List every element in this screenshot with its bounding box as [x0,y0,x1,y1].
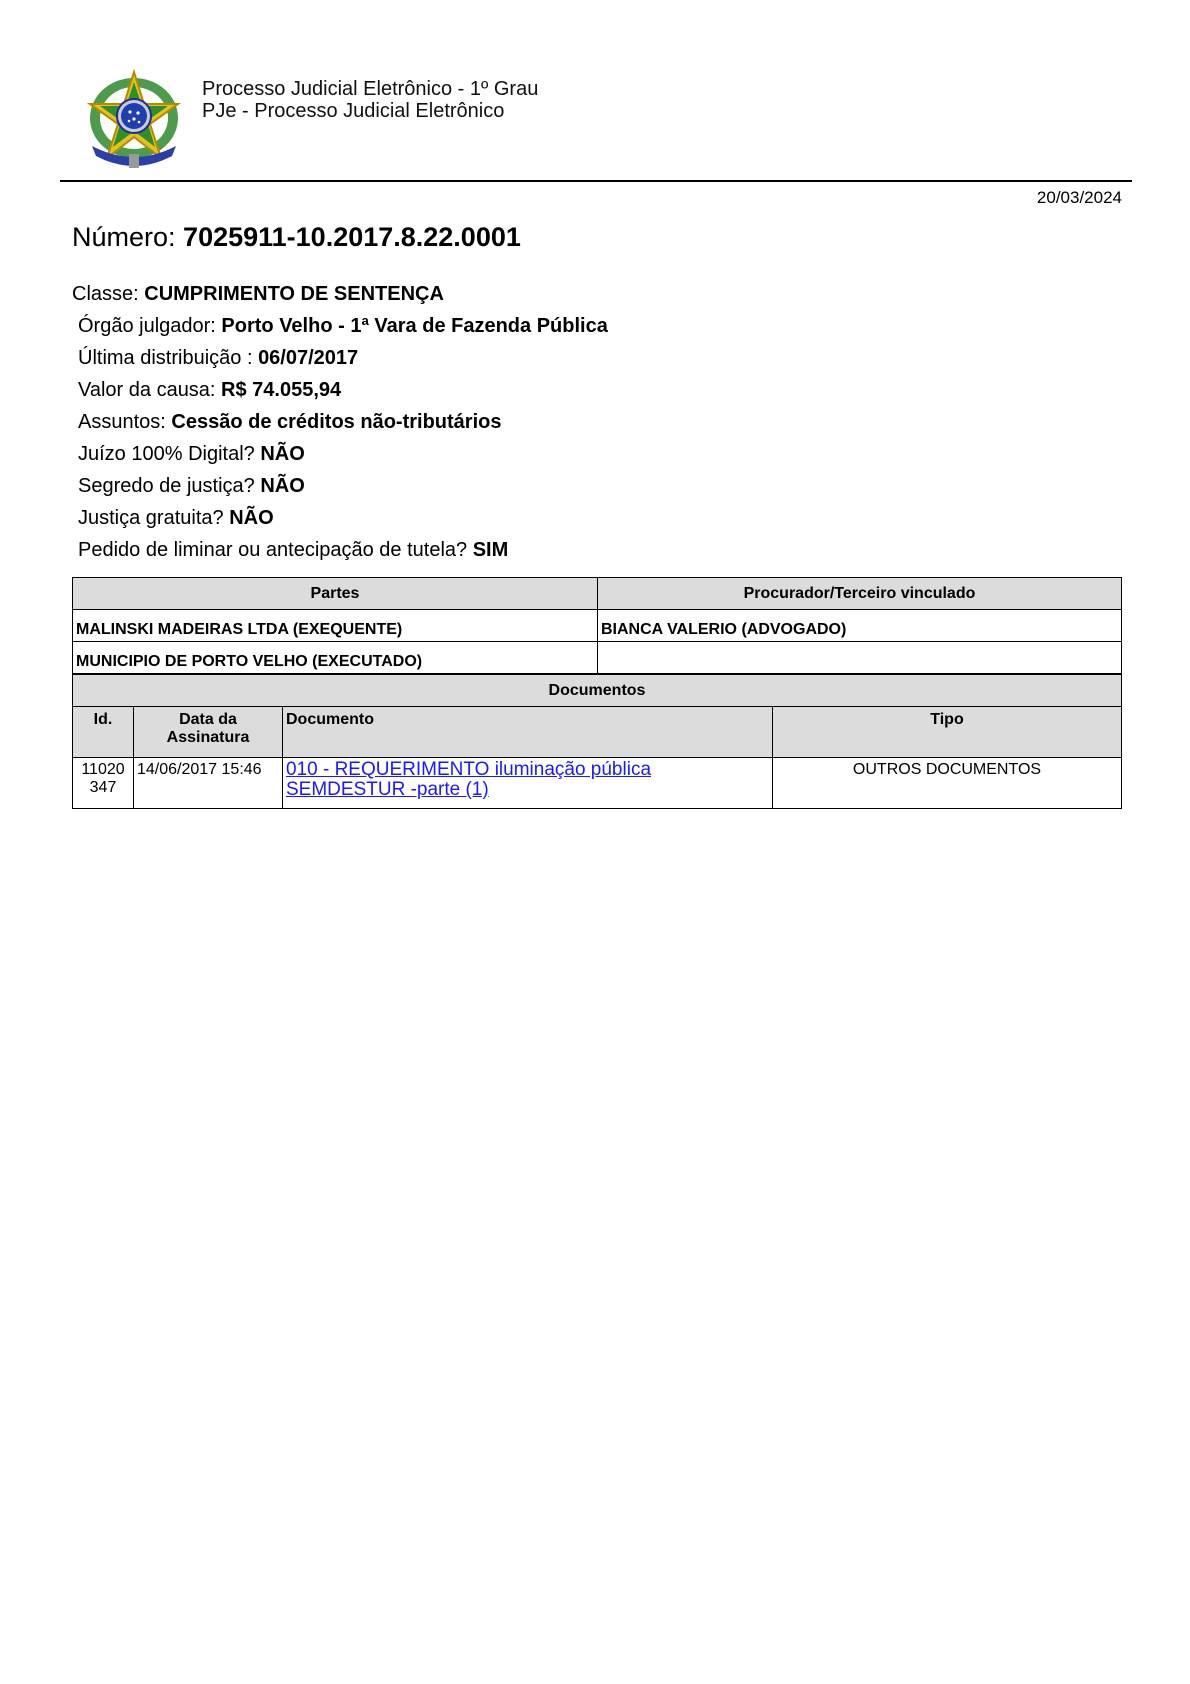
field-label: Pedido de liminar ou antecipação de tute… [78,539,473,561]
col-id: Id. [73,707,134,758]
field-value: NÃO [260,475,304,497]
field-value: CUMPRIMENTO DE SENTENÇA [144,283,444,305]
documentos-title-row: Documentos [73,675,1122,707]
process-number: Número: 7025911-10.2017.8.22.0001 [72,222,521,253]
field-classe: Classe: CUMPRIMENTO DE SENTENÇA [72,281,608,313]
field-label: Juízo 100% Digital? [78,443,260,465]
parte-name: MUNICIPIO DE PORTO VELHO (EXECUTADO) [73,642,598,674]
document-link-line1[interactable]: 010 - REQUERIMENTO iluminação pública [286,760,771,780]
col-partes: Partes [73,578,598,610]
field-orgao-julgador: Órgão julgador: Porto Velho - 1ª Vara de… [72,313,608,345]
doc-date: 14/06/2017 15:46 [134,758,283,809]
table-row: MUNICIPIO DE PORTO VELHO (EXECUTADO) [73,642,1122,674]
col-documento: Documento [283,707,773,758]
field-ultima-distribuicao: Última distribuição : 06/07/2017 [72,345,608,377]
field-value: Porto Velho - 1ª Vara de Fazenda Pública [221,315,607,337]
documentos-table: Documentos Id. Data da Assinatura Docume… [72,674,1122,809]
field-label: Segredo de justiça? [78,475,260,497]
procurador-name: BIANCA VALERIO (ADVOGADO) [598,610,1122,642]
field-value: NÃO [260,443,304,465]
doc-id-line2: 347 [74,779,132,797]
field-label: Órgão julgador: [78,315,221,337]
process-fields: Classe: CUMPRIMENTO DE SENTENÇA Órgão ju… [72,281,608,569]
documentos-title: Documentos [73,675,1122,707]
field-pedido-liminar: Pedido de liminar ou antecipação de tute… [72,537,608,569]
field-label: Última distribuição : [78,347,258,369]
field-juizo-digital: Juízo 100% Digital? NÃO [72,441,608,473]
table-row: MALINSKI MADEIRAS LTDA (EXEQUENTE) BIANC… [73,610,1122,642]
parte-name: MALINSKI MADEIRAS LTDA (EXEQUENTE) [73,610,598,642]
header-line-2: PJe - Processo Judicial Eletrônico [202,100,538,122]
col-procurador: Procurador/Terceiro vinculado [598,578,1122,610]
documentos-header-row: Id. Data da Assinatura Documento Tipo [73,707,1122,758]
field-assuntos: Assuntos: Cessão de créditos não-tributá… [72,409,608,441]
field-segredo-justica: Segredo de justiça? NÃO [72,473,608,505]
field-label: Classe: [72,283,144,305]
header-line-1: Processo Judicial Eletrônico - 1º Grau [202,78,538,100]
system-header: Processo Judicial Eletrônico - 1º Grau P… [202,78,538,122]
header-divider [60,180,1132,182]
field-justica-gratuita: Justiça gratuita? NÃO [72,505,608,537]
field-value: Cessão de créditos não-tributários [171,411,501,433]
table-row: 11020 347 14/06/2017 15:46 010 - REQUERI… [73,758,1122,809]
field-value: R$ 74.055,94 [221,379,341,401]
field-valor-causa: Valor da causa: R$ 74.055,94 [72,377,608,409]
field-value: 06/07/2017 [258,347,358,369]
field-value: SIM [473,539,509,561]
field-label: Valor da causa: [78,379,221,401]
doc-tipo: OUTROS DOCUMENTOS [773,758,1122,809]
col-data-assinatura: Data da Assinatura [134,707,283,758]
doc-id: 11020 347 [73,758,134,809]
doc-link-cell: 010 - REQUERIMENTO iluminação pública SE… [283,758,773,809]
partes-table: Partes Procurador/Terceiro vinculado MAL… [72,577,1122,674]
field-label: Assuntos: [78,411,171,433]
document-link-line2[interactable]: SEMDESTUR -parte (1) [286,780,771,800]
doc-id-line1: 11020 [74,761,132,779]
process-number-value: 7025911-10.2017.8.22.0001 [183,222,521,252]
procurador-name [598,642,1122,674]
col-data-line1: Data da [135,711,281,729]
field-value: NÃO [229,507,273,529]
partes-header-row: Partes Procurador/Terceiro vinculado [73,578,1122,610]
col-data-line2: Assinatura [135,729,281,747]
document-link[interactable]: 010 - REQUERIMENTO iluminação pública SE… [286,760,771,800]
field-label: Justiça gratuita? [78,507,229,529]
print-date: 20/03/2024 [1037,188,1122,208]
col-tipo: Tipo [773,707,1122,758]
process-number-label: Número: [72,222,176,252]
brazil-coat-of-arms-icon [82,66,186,176]
